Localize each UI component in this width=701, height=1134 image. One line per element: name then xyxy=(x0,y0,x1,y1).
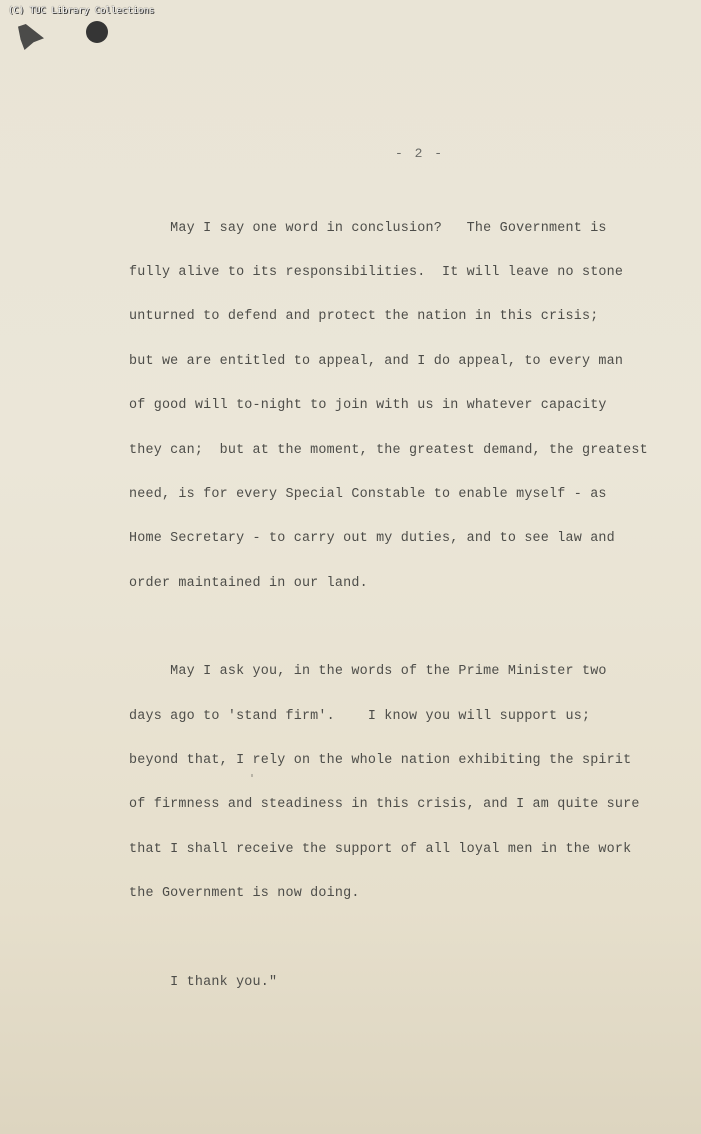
paper-speck xyxy=(251,774,253,777)
text-line: the Government is now doing. xyxy=(129,887,699,902)
watermark: (C) TUC Library Collections xyxy=(8,6,154,16)
text-line: May I ask you, in the words of the Prime… xyxy=(129,665,699,680)
paragraph-conclusion: May I say one word in conclusion? The Go… xyxy=(129,192,699,621)
text-line: but we are entitled to appeal, and I do … xyxy=(129,355,699,370)
text-line: I thank you." xyxy=(129,976,699,991)
text-line: Home Secretary - to carry out my duties,… xyxy=(129,532,699,547)
punch-hole-right xyxy=(86,21,108,43)
punch-hole-left xyxy=(18,24,44,50)
text-line: of firmness and steadiness in this crisi… xyxy=(129,798,699,813)
text-line: fully alive to its responsibilities. It … xyxy=(129,266,699,281)
text-line: need, is for every Special Constable to … xyxy=(129,488,699,503)
text-line: beyond that, I rely on the whole nation … xyxy=(129,754,699,769)
text-line: order maintained in our land. xyxy=(129,577,699,592)
text-line: they can; but at the moment, the greates… xyxy=(129,444,699,459)
paragraph-closing: I thank you." xyxy=(129,946,699,1020)
document-body: May I say one word in conclusion? The Go… xyxy=(129,192,699,1035)
paragraph-stand-firm: May I ask you, in the words of the Prime… xyxy=(129,636,699,932)
page-number: - 2 - xyxy=(395,146,444,161)
text-line: unturned to defend and protect the natio… xyxy=(129,310,699,325)
text-line: May I say one word in conclusion? The Go… xyxy=(129,222,699,237)
text-line: days ago to 'stand firm'. I know you wil… xyxy=(129,710,699,725)
text-line: of good will to-night to join with us in… xyxy=(129,399,699,414)
text-line: that I shall receive the support of all … xyxy=(129,843,699,858)
